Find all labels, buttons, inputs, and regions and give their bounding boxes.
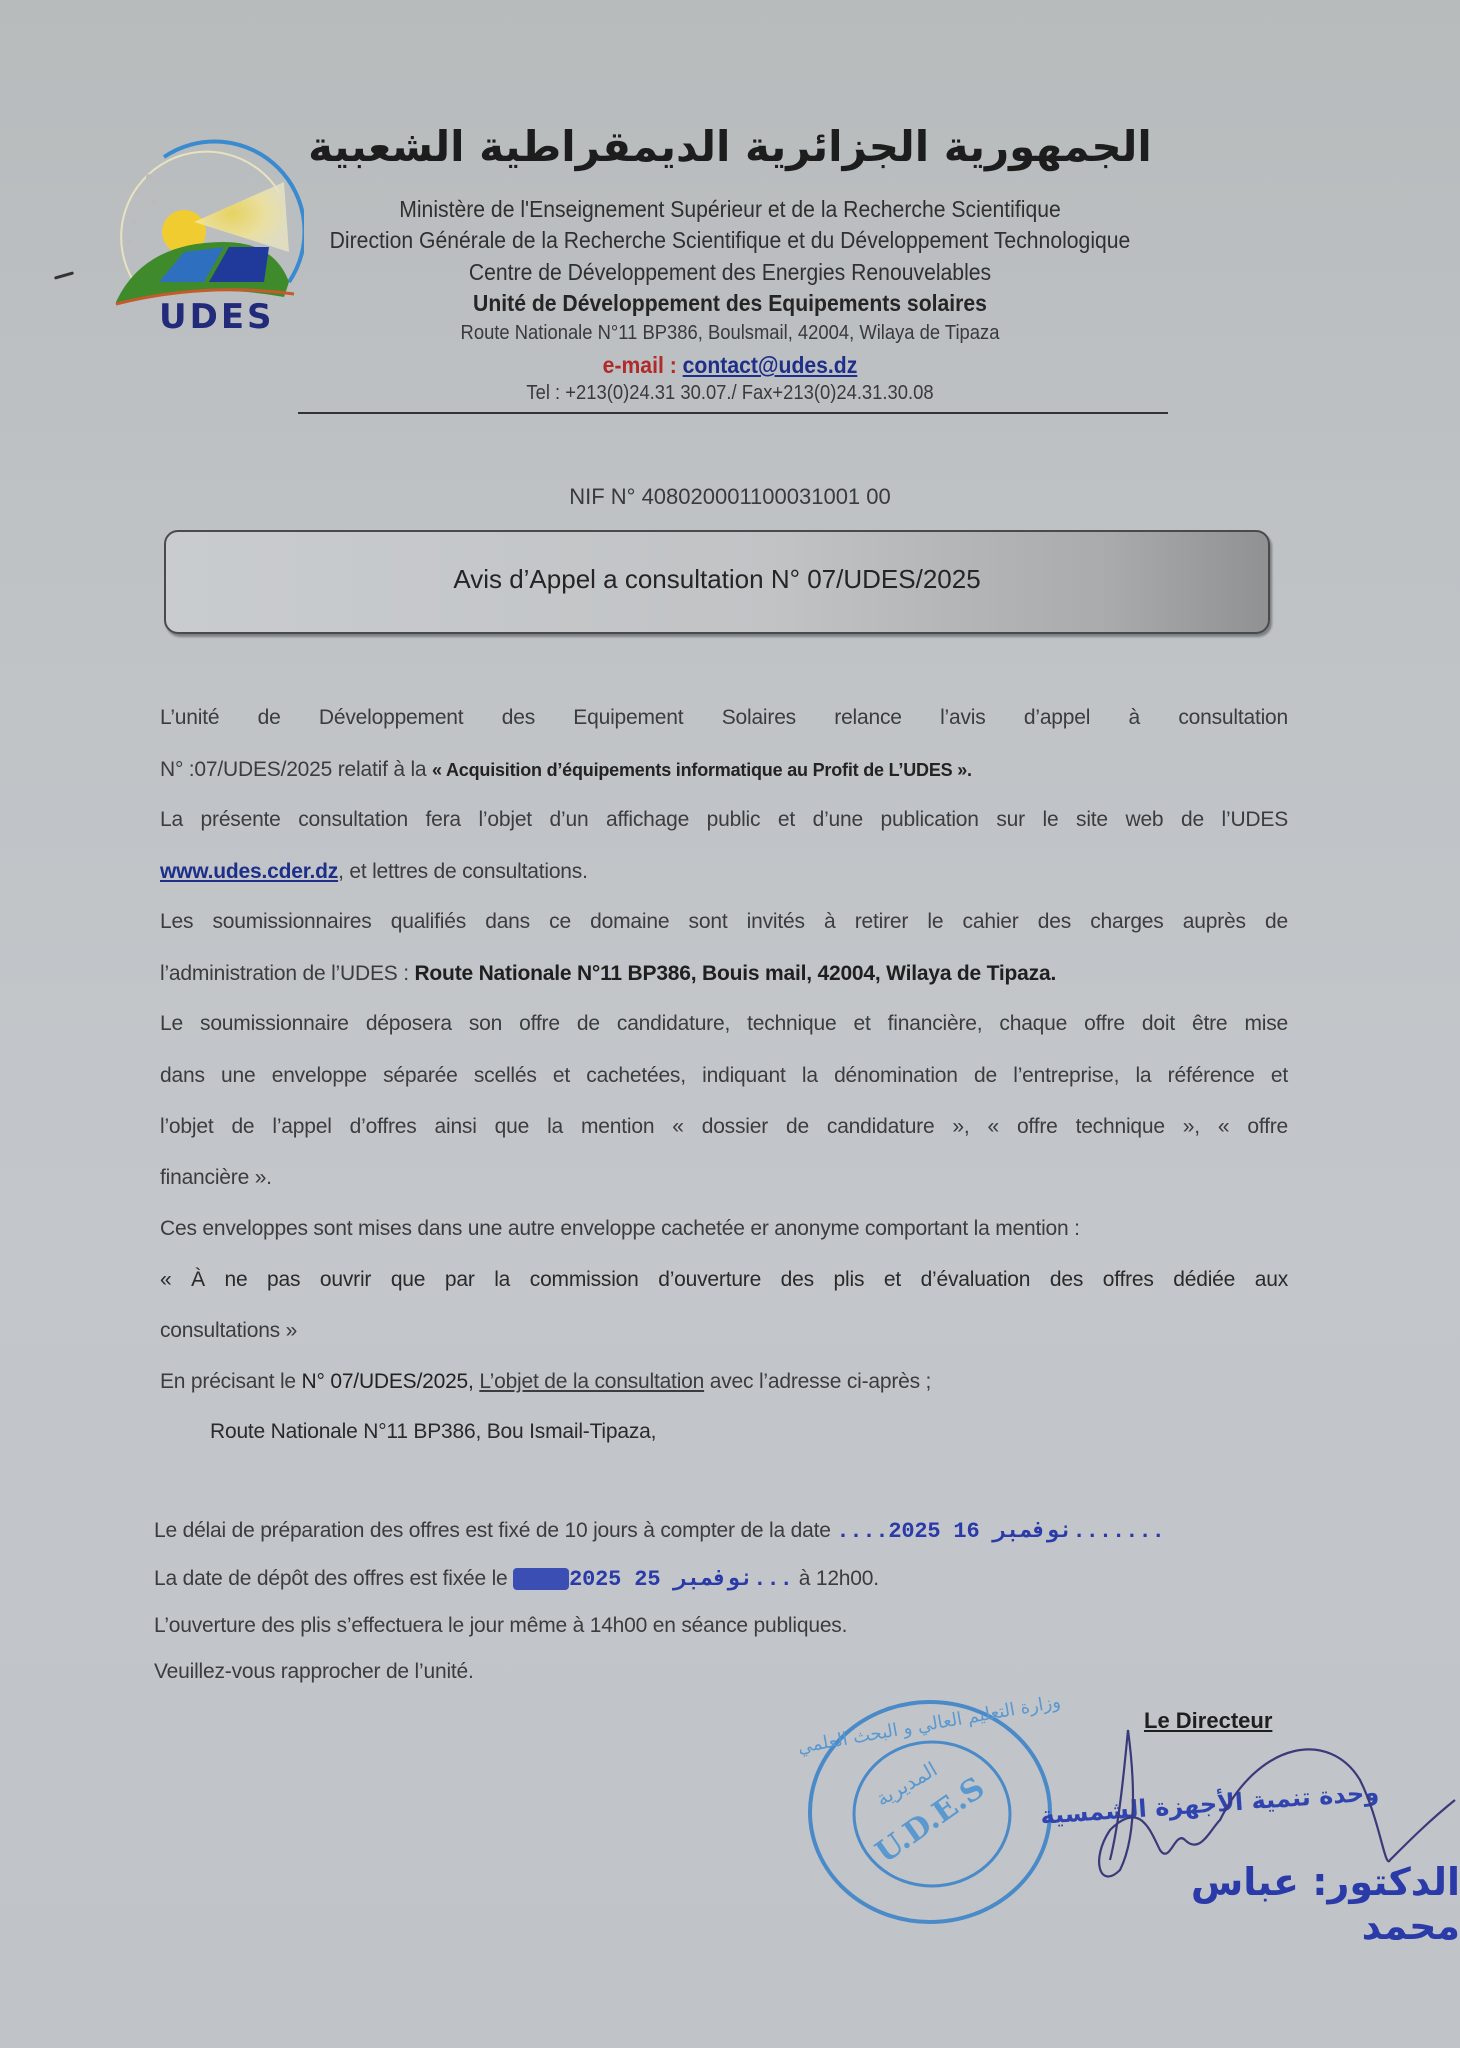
document-page: UDES الجمهورية الجزائرية الديمقراطية الش… <box>0 0 1460 2048</box>
p6-suffix: avec l’adresse ci-après ; <box>704 1370 931 1393</box>
unit-line: Unité de Développement des Equipements s… <box>316 290 1144 317</box>
signature-icon <box>1000 1720 1460 1920</box>
ministry-line: Ministère de l'Enseignement Supérieur et… <box>316 196 1144 223</box>
p4-line2: dans une enveloppe séparée scellés et ca… <box>160 1064 1288 1088</box>
p1-ref: N° :07/UDES/2025 relatif à la <box>160 758 432 781</box>
p2-line1: La présente consultation fera l’objet d’… <box>160 808 1288 832</box>
p5-line2: « À ne pas ouvrir que par la commission … <box>160 1268 1288 1292</box>
deposit-text: La date de dépôt des offres est fixée le <box>154 1567 513 1590</box>
p5-line1: Ces enveloppes sont mises dans une autre… <box>160 1217 1288 1241</box>
address-line: Route Nationale N°11 BP386, Boulsmail, 4… <box>316 322 1144 345</box>
phone-line: Tel : +213(0)24.31 30.07./ Fax+213(0)24.… <box>316 382 1144 405</box>
p6-address: Route Nationale N°11 BP386, Bou Ismail-T… <box>210 1420 1338 1444</box>
email-line: e-mail : contact@udes.dz <box>316 352 1144 379</box>
deposit-time: à 12h00. <box>793 1567 879 1590</box>
svg-text:UDES: UDES <box>159 297 275 332</box>
document-title: Avis d’Appel a consultation N° 07/UDES/2… <box>166 564 1268 595</box>
p3-line1: Les soumissionnaires qualifiés dans ce d… <box>160 910 1288 934</box>
delay-line: Le délai de préparation des offres est f… <box>154 1518 1282 1544</box>
udes-logo-icon: UDES <box>104 132 304 332</box>
p3-line2: l’administration de l’UDES : Route Natio… <box>160 962 1288 986</box>
pen-mark <box>54 271 74 279</box>
p4-line1: Le soumissionnaire déposera son offre de… <box>160 1012 1288 1036</box>
ink-blot <box>513 1568 569 1590</box>
delay-date-stamp: ....2025 نوفمبر 16....... <box>836 1519 1165 1544</box>
centre-line: Centre de Développement des Energies Ren… <box>316 259 1144 286</box>
opening-line: L’ouverture des plis s’effectuera le jou… <box>154 1614 1282 1638</box>
email-label: e-mail : <box>603 352 677 378</box>
p4-line3: l’objet de l’appel d’offres ainsi que la… <box>160 1115 1288 1139</box>
direction-line: Direction Générale de la Recherche Scien… <box>307 227 1153 254</box>
p5-line3: consultations » <box>160 1319 1288 1343</box>
header-divider <box>298 412 1168 414</box>
arabic-republic-title: الجمهورية الجزائرية الديمقراطية الشعبية <box>300 122 1160 171</box>
p6-ref: N° 07/UDES/2025, <box>302 1370 474 1393</box>
p3-admin: l’administration de l’UDES : <box>160 962 414 985</box>
deposit-line: La date de dépôt des offres est fixée le… <box>154 1566 1282 1592</box>
closing-line: Veuillez-vous rapprocher de l’unité. <box>154 1660 1282 1684</box>
p6-line1: En précisant le N° 07/UDES/2025, L’objet… <box>160 1370 1288 1394</box>
deposit-date-stamp: 2025 نوفمبر 25... <box>569 1567 793 1592</box>
delay-text: Le délai de préparation des offres est f… <box>154 1519 836 1542</box>
p2-rest: , et lettres de consultations. <box>338 860 588 883</box>
p4-line4: financière ». <box>160 1166 1288 1190</box>
p6-object: L’objet de la consultation <box>479 1370 704 1393</box>
p1-line1: L’unité de Développement des Equipement … <box>160 706 1288 730</box>
nif-number: NIF N° 408020001100031001 00 <box>300 484 1160 510</box>
website-link[interactable]: www.udes.cder.dz <box>160 860 338 883</box>
p2-line2: www.udes.cder.dz, et lettres de consulta… <box>160 860 1288 884</box>
p1-line2: N° :07/UDES/2025 relatif à la « Acquisit… <box>160 758 1288 782</box>
email-link[interactable]: contact@udes.dz <box>683 352 858 378</box>
p6-prefix: En précisant le <box>160 1370 302 1393</box>
p1-subject: « Acquisition d’équipements informatique… <box>432 760 972 780</box>
title-box: Avis d’Appel a consultation N° 07/UDES/2… <box>164 530 1270 634</box>
p3-address: Route Nationale N°11 BP386, Bouis mail, … <box>414 962 1056 985</box>
